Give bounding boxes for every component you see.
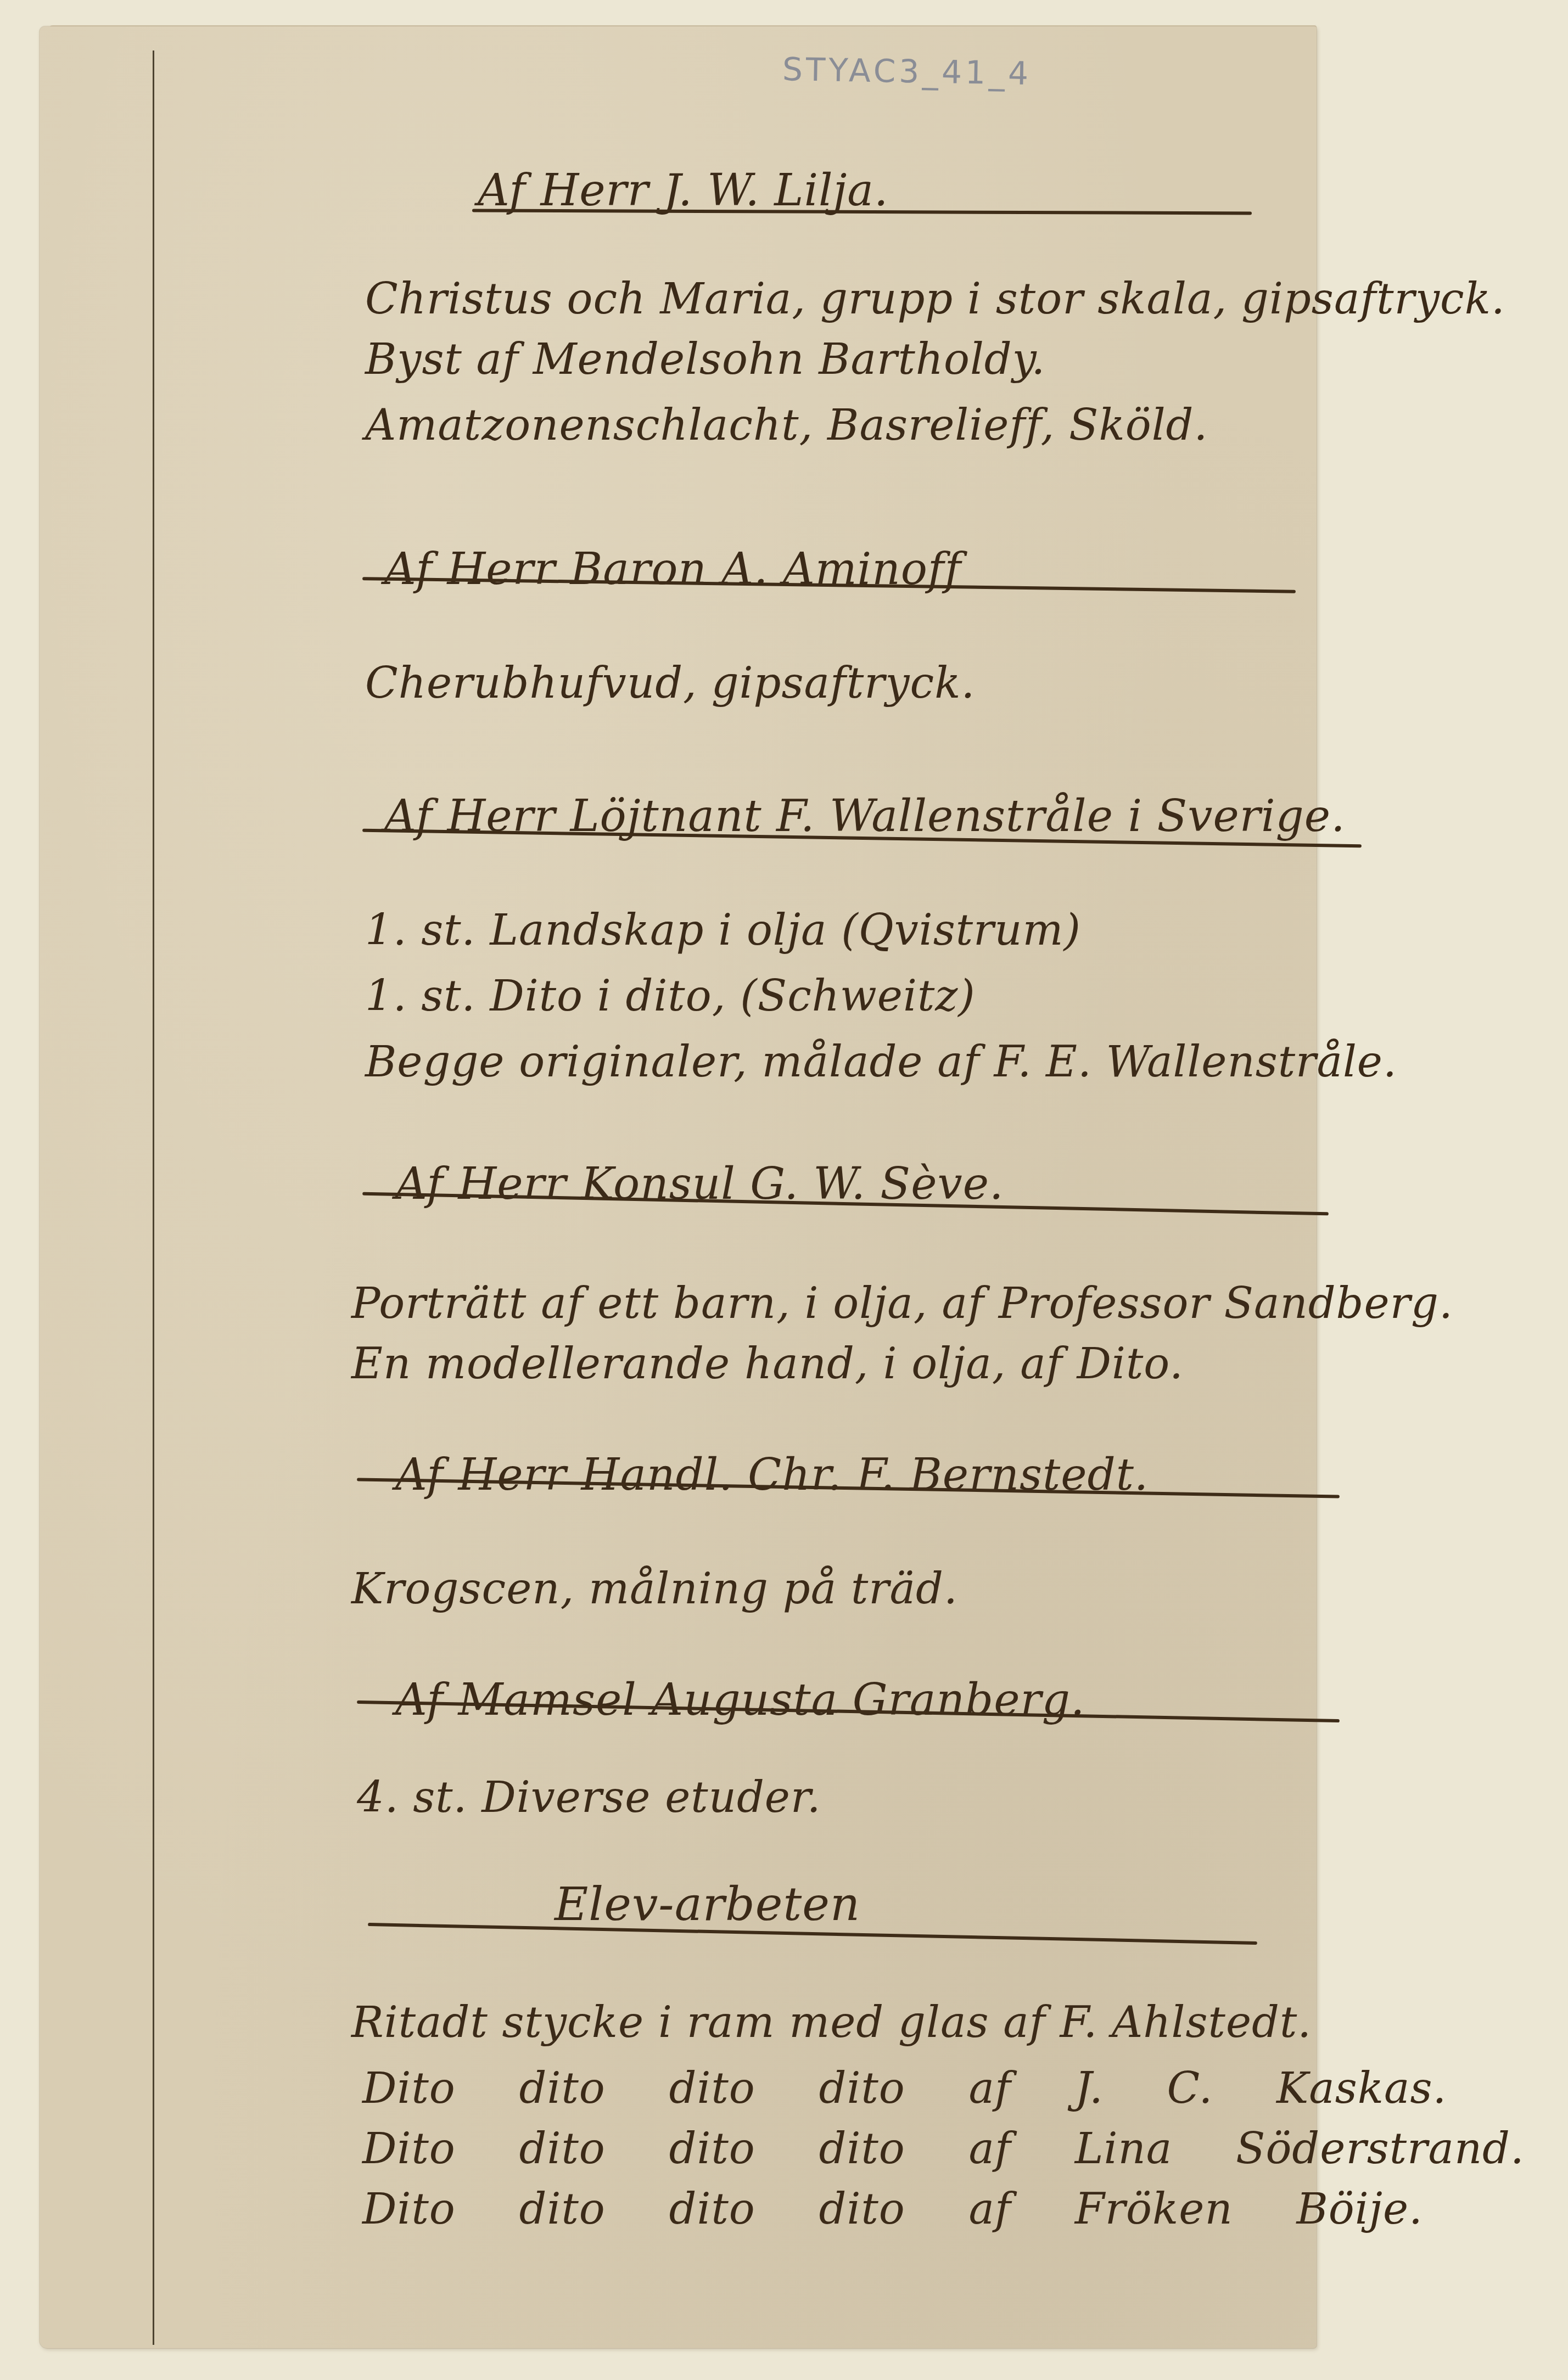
entry-line: 4. st. Diverse etuder.: [357, 1773, 821, 1822]
catalog-number: STYAC3_41_4: [782, 50, 1032, 92]
entry-line: Begge originaler, målade af F. E. Wallen…: [365, 1037, 1397, 1087]
entry-line: Porträtt af ett barn, i olja, af Profess…: [351, 1279, 1453, 1328]
section-heading-lilja: Af Herr J. W. Lilja.: [478, 165, 888, 216]
entry-line: Dito dito dito dito af J. C. Kaskas.: [362, 2064, 1447, 2113]
entry-line: 1. st. Dito i dito, (Schweitz): [365, 972, 976, 1021]
entry-line: 1. st. Landskap i olja (Qvistrum): [365, 906, 1081, 955]
entry-line: Amatzonenschlacht, Basrelieff, Sköld.: [365, 401, 1208, 450]
entry-line: Krogscen, målning på träd.: [351, 1564, 958, 1614]
entry-line: En modellerande hand, i olja, af Dito.: [351, 1339, 1184, 1389]
section-heading-elev-arbeten: Elev-arbeten: [555, 1877, 860, 1931]
section-heading-granberg: Af Mamsel Augusta Granberg.: [395, 1674, 1085, 1725]
entry-line: Ritadt stycke i ram med glas af F. Ahlst…: [351, 1998, 1312, 2047]
entry-line: Dito dito dito dito af Fröken Böije.: [362, 2185, 1423, 2234]
margin-rule: [153, 50, 154, 2345]
entry-line: Byst af Mendelsohn Bartholdy.: [365, 335, 1045, 384]
entry-line: Cherubhufvud, gipsaftryck.: [365, 659, 975, 708]
entry-line: Christus och Maria, grupp i stor skala, …: [365, 274, 1505, 324]
entry-line: Dito dito dito dito af Lina Söderstrand.: [362, 2124, 1525, 2174]
